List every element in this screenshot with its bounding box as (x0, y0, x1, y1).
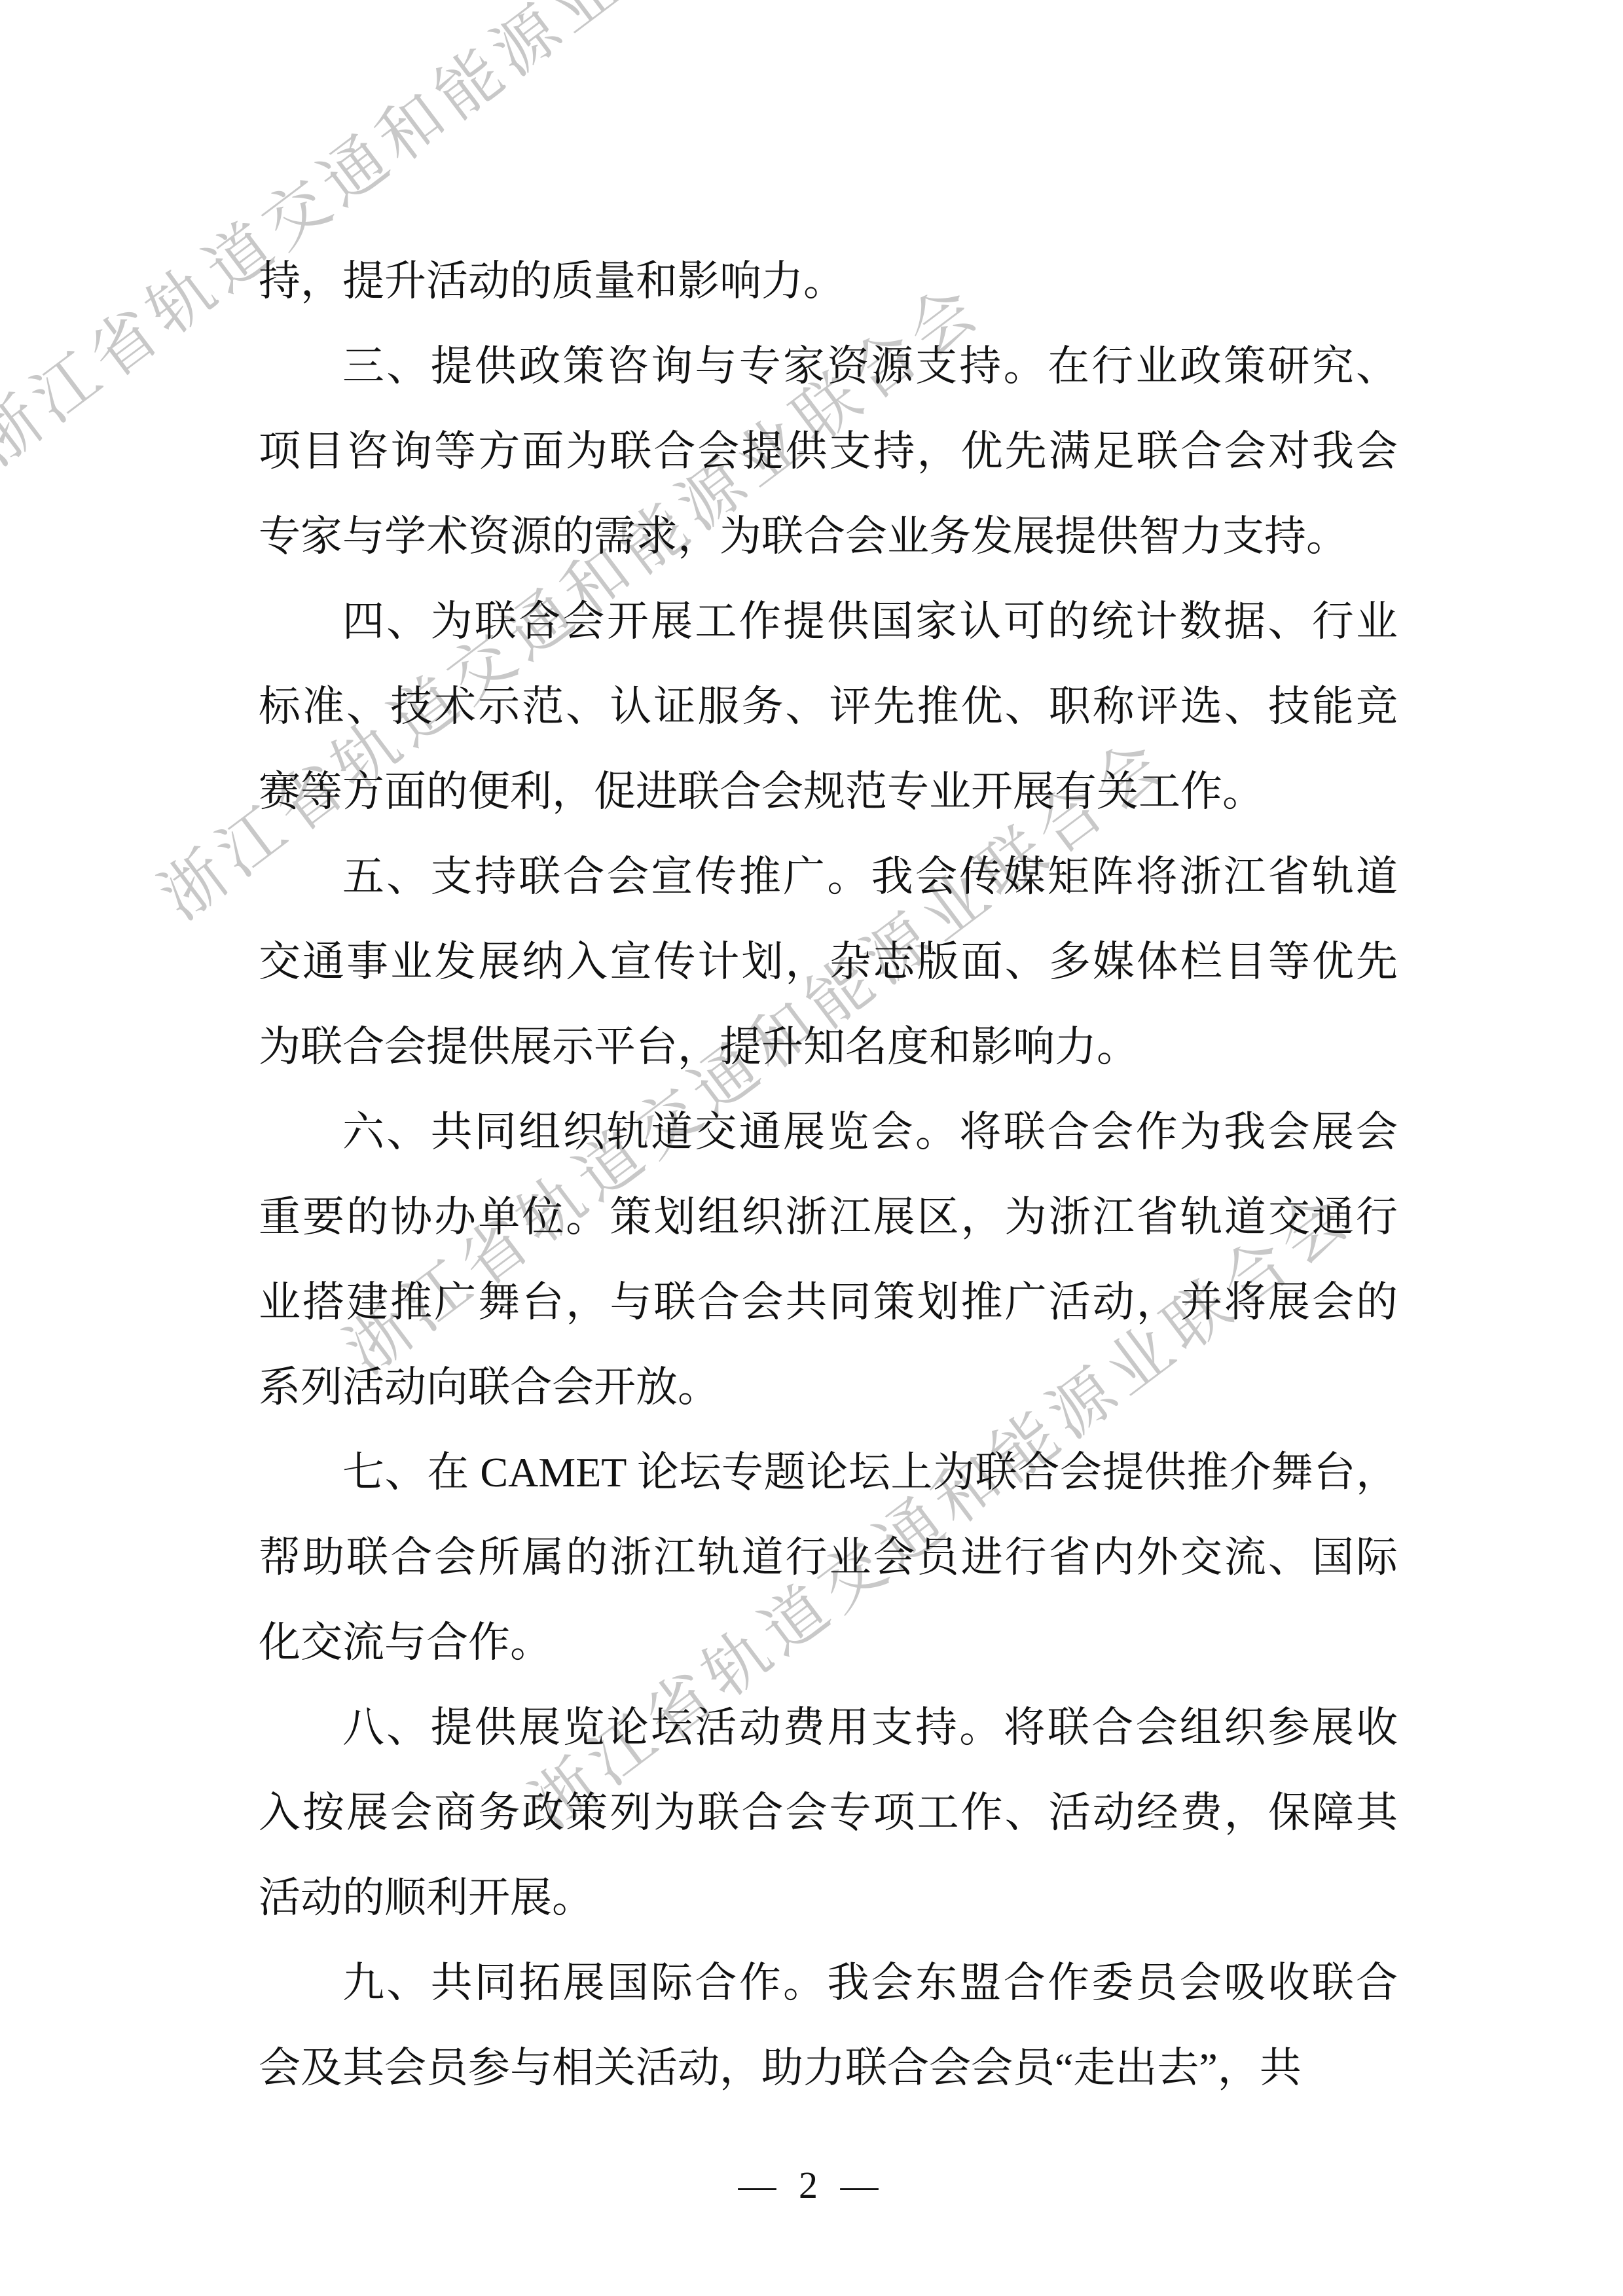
document-body: 持，提升活动的质量和影响力。三、提供政策咨询与专家资源支持。在行业政策研究、项目… (259, 239, 1398, 2111)
body-line: 四、为联合会开展工作提供国家认可的统计数据、行业 (259, 579, 1398, 664)
body-line: 化交流与合作。 (259, 1600, 1398, 1685)
body-line: 活动的顺利开展。 (259, 1856, 1398, 1941)
body-line: 九、共同拓展国际合作。我会东盟合作委员会吸收联合 (259, 1941, 1398, 2026)
body-line: 会及其会员参与相关活动，助力联合会会员“走出去”，共 (259, 2026, 1398, 2111)
body-line: 持，提升活动的质量和影响力。 (259, 239, 1398, 324)
body-line: 专家与学术资源的需求，为联合会业务发展提供智力支持。 (259, 494, 1398, 579)
body-line: 项目咨询等方面为联合会提供支持，优先满足联合会对我会 (259, 409, 1398, 494)
body-line: 三、提供政策咨询与专家资源支持。在行业政策研究、 (259, 324, 1398, 409)
body-line: 七、在 CAMET 论坛专题论坛上为联合会提供推介舞台， (259, 1430, 1398, 1515)
document-page: 浙江省轨道交通和能源业联合会浙江省轨道交通和能源业联合会浙江省轨道交通和能源业联… (0, 0, 1623, 2296)
body-line: 标准、技术示范、认证服务、评先推优、职称评选、技能竞 (259, 664, 1398, 749)
body-line: 八、提供展览论坛活动费用支持。将联合会组织参展收 (259, 1685, 1398, 1770)
body-line: 入按展会商务政策列为联合会专项工作、活动经费，保障其 (259, 1770, 1398, 1856)
body-line: 系列活动向联合会开放。 (259, 1345, 1398, 1430)
body-line: 业搭建推广舞台，与联合会共同策划推广活动，并将展会的 (259, 1260, 1398, 1345)
body-line: 帮助联合会所属的浙江轨道行业会员进行省内外交流、国际 (259, 1515, 1398, 1600)
body-line: 为联合会提供展示平台，提升知名度和影响力。 (259, 1005, 1398, 1090)
body-line: 六、共同组织轨道交通展览会。将联合会作为我会展会 (259, 1090, 1398, 1175)
body-line: 交通事业发展纳入宣传计划，杂志版面、多媒体栏目等优先 (259, 920, 1398, 1005)
body-line: 重要的协办单位。策划组织浙江展区，为浙江省轨道交通行 (259, 1175, 1398, 1260)
body-line: 赛等方面的便利，促进联合会规范专业开展有关工作。 (259, 749, 1398, 834)
body-line: 五、支持联合会宣传推广。我会传媒矩阵将浙江省轨道 (259, 834, 1398, 920)
page-number: — 2 — (0, 2163, 1623, 2207)
